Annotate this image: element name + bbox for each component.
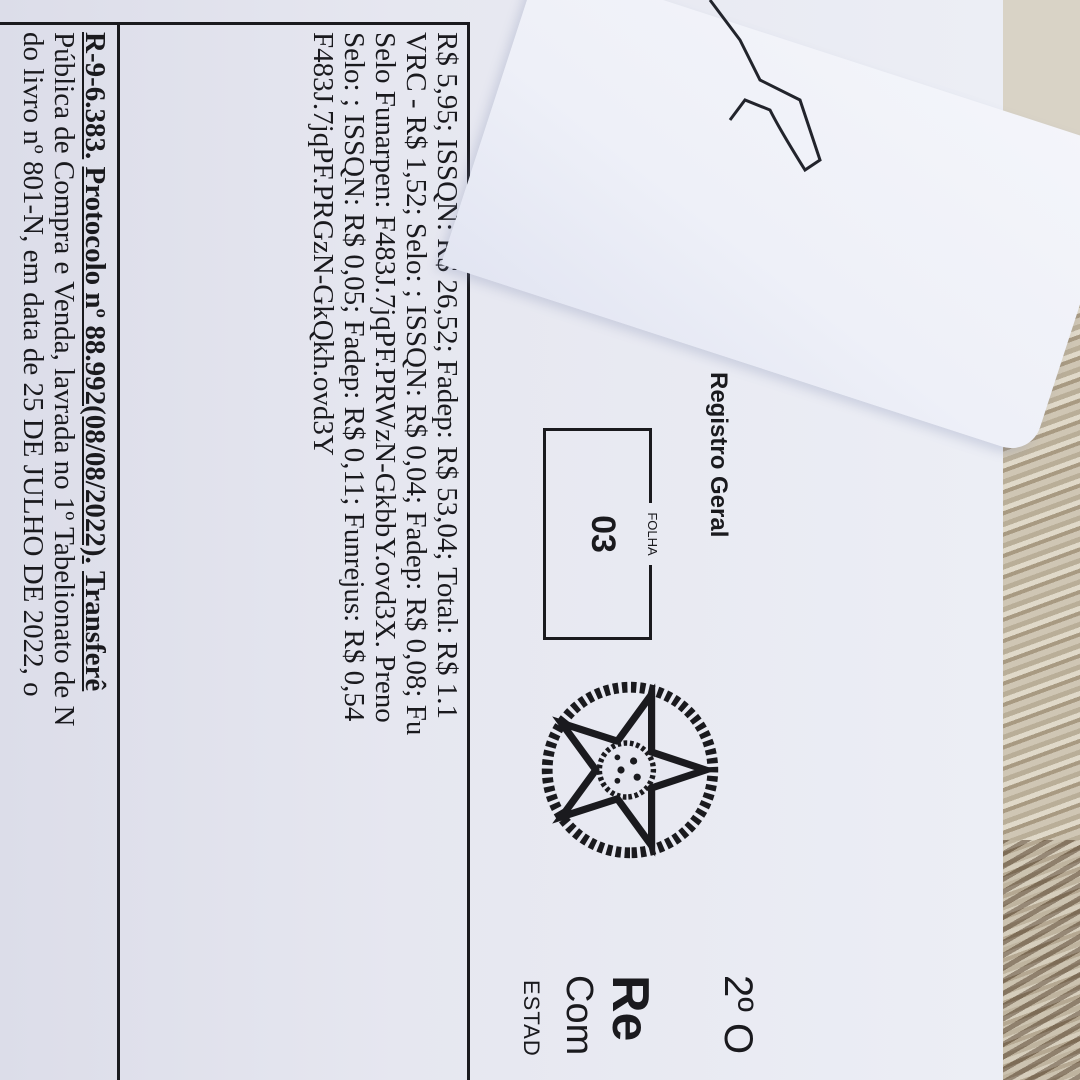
fees-line: Selo Funarpen: F483J.7jqPF.PRWzN-GkbbY.o… bbox=[369, 32, 400, 735]
signature-mark-icon bbox=[700, 0, 840, 180]
section-divider bbox=[117, 22, 120, 1080]
entry-id: R-9-6.383. bbox=[79, 32, 111, 159]
fees-line: VRC - R$ 1,52; Selo: ; ISSQN: R$ 0,04; F… bbox=[400, 32, 431, 735]
box-border bbox=[649, 565, 652, 637]
registry-title: Re bbox=[600, 975, 660, 1041]
fees-block: R$ 5,95; ISSQN: R$ 26,52; Fadep: R$ 53,0… bbox=[307, 32, 462, 735]
registro-geral-label: Registro Geral bbox=[704, 372, 732, 537]
entry-protocol: Protocolo nº 88.992(08/08/2022). bbox=[79, 167, 111, 564]
registry-entry: R-9-6.383. Protocolo nº 88.992(08/08/202… bbox=[17, 32, 110, 726]
fees-line: F483J.7jqPF.PRGzN-GkQkh.ovd3Y bbox=[307, 32, 338, 735]
folha-caption: FOLHA bbox=[645, 508, 660, 559]
fees-line: R$ 5,95; ISSQN: R$ 26,52; Fadep: R$ 53,0… bbox=[431, 32, 462, 735]
entry-text-line: do livro nº 801-N, em data de 25 DE JULH… bbox=[17, 32, 48, 726]
entry-type: Transferê bbox=[79, 571, 111, 691]
box-border bbox=[649, 431, 652, 503]
entry-heading: R-9-6.383. Protocolo nº 88.992(08/08/202… bbox=[79, 32, 110, 726]
registry-office-name: 2º O bbox=[715, 975, 760, 1054]
registry-subtitle: Com bbox=[557, 975, 600, 1055]
folha-box: FOLHA 03 bbox=[543, 428, 652, 640]
registry-state: ESTAD bbox=[518, 980, 544, 1057]
entry-text-line: Pública de Compra e Venda, lavrada no 1º… bbox=[48, 32, 79, 726]
folha-value: 03 bbox=[583, 431, 622, 637]
fees-line: Selo: ; ISSQN: R$ 0,05; Fadep: R$ 0,11; … bbox=[338, 32, 369, 735]
coat-of-arms-icon bbox=[540, 680, 720, 860]
